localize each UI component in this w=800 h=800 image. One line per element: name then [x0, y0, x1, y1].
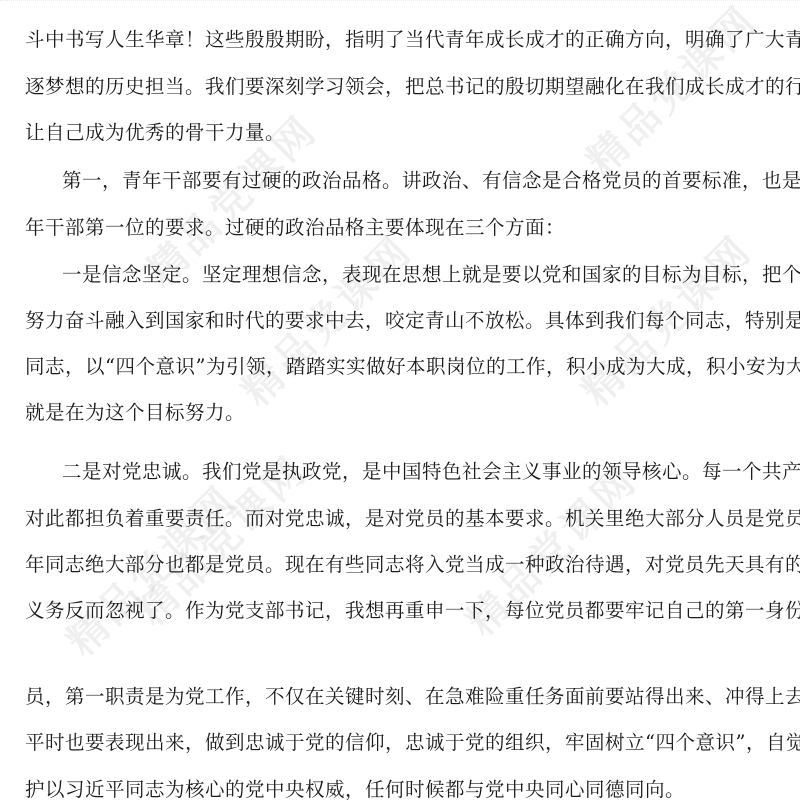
- text-line: 护以习近平同志为核心的党中央权威，任何时候都与党中央同心同德同向。: [25, 776, 777, 800]
- page-top-edge: [0, 0, 800, 3]
- text-line: 义务反而忽视了。作为党支部书记，我想再重申一下，每位党员都要牢记自己的第一身份是…: [25, 597, 777, 625]
- text-line: 第一，青年干部要有过硬的政治品格。讲政治、有信念是合格党员的首要标准，也是对青: [62, 167, 777, 195]
- text-line: 二是对党忠诚。我们党是执政党，是中国特色社会主义事业的领导核心。每一个共产党员: [62, 458, 777, 486]
- text-line: 对此都担负着重要责任。而对党忠诚，是对党员的基本要求。机关里绝大部分人员是党员，…: [25, 505, 777, 533]
- text-line: 斗中书写人生华章！这些殷殷期盼，指明了当代青年成长成才的正确方向，明确了广大青年…: [25, 26, 777, 54]
- text-line: 平时也要表现出来，做到忠诚于党的信仰，忠诚于党的组织，牢固树立“四个意识”，自觉…: [25, 729, 777, 757]
- text-line: 同志，以“四个意识”为引领，踏踏实实做好本职岗位的工作，积小成为大成，积小安为大…: [25, 353, 777, 381]
- text-line: 就是在为这个目标努力。: [25, 399, 777, 427]
- text-line: 逐梦想的历史担当。我们要深刻学习领会，把总书记的殷切期望融化在我们成长成才的行动…: [25, 73, 777, 101]
- text-line: 努力奋斗融入到国家和时代的要求中去，咬定青山不放松。具体到我们每个同志，特别是青…: [25, 307, 777, 335]
- text-line: 让自己成为优秀的骨干力量。: [25, 119, 777, 147]
- text-line: 员，第一职责是为党工作，不仅在关键时刻、在急难险重任务面前要站得出来、冲得上去，…: [25, 683, 777, 711]
- text-line: 一是信念坚定。坚定理想信念，表现在思想上就是要以党和国家的目标为目标，把个人的: [62, 261, 777, 289]
- document-page: 精品党课网 精品党课网 精品党课网 精品党课网 精品党课网 精品党课网 精品党课…: [0, 0, 800, 800]
- text-line: 年干部第一位的要求。过硬的政治品格主要体现在三个方面：: [25, 214, 777, 242]
- text-line: 年同志绝大部分也都是党员。现在有些同志将入党当成一种政治待遇，对党员先天具有的责…: [25, 551, 777, 579]
